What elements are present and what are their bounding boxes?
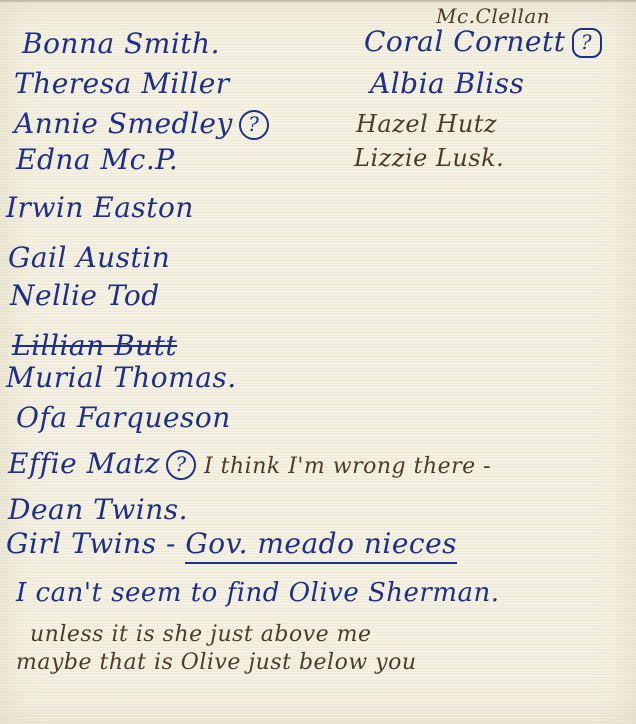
name-text: Murial Thomas. <box>6 361 237 394</box>
name-text: Albia Bliss <box>370 67 524 100</box>
above-note: Mc.Clellan <box>436 6 550 26</box>
inline-note: I think I'm wrong there - <box>204 454 491 479</box>
name-entry: Lillian Butt <box>12 332 177 360</box>
name-text: Gail Austin <box>8 241 170 274</box>
closing-line-3: maybe that is Olive just below you <box>16 652 417 674</box>
name-text: Annie Smedley <box>14 107 233 140</box>
name-text: Dean Twins. <box>8 493 188 526</box>
name-text: Irwin Easton <box>6 191 194 224</box>
name-text: Lizzie Lusk. <box>354 144 504 172</box>
name-entry: Edna Mc.P. <box>16 146 178 174</box>
name-entry: Coral Cornett? <box>364 28 602 58</box>
name-entry: Effie Matz?I think I'm wrong there - <box>8 450 491 480</box>
closing-text: I can't seem to find Olive Sherman. <box>16 578 500 608</box>
name-entry: Ofa Farqueson <box>16 404 231 432</box>
name-entry: Dean Twins. <box>8 496 188 524</box>
circled-question-icon: ? <box>239 110 269 140</box>
name-text: Effie Matz <box>8 447 160 480</box>
circled-question-icon: ? <box>166 450 196 480</box>
name-text: Bonna Smith <box>22 27 211 60</box>
name-entry: Irwin Easton <box>6 194 194 222</box>
name-text: Girl Twins - <box>6 527 176 560</box>
mark: . <box>211 27 220 60</box>
name-entry: Murial Thomas. <box>6 364 237 392</box>
name-suffix: Gov. meado nieces <box>185 527 457 564</box>
name-text: Lillian Butt <box>12 329 177 362</box>
name-text: Coral Cornett <box>364 25 566 58</box>
name-entry: Annie Smedley? <box>14 110 269 140</box>
name-text: Edna Mc.P. <box>16 143 178 176</box>
name-entry: Gail Austin <box>8 244 170 272</box>
closing-text: unless it is she just above me <box>30 622 372 647</box>
name-entry: Bonna Smith. <box>22 30 220 58</box>
name-entry: Hazel Hutz <box>356 112 497 136</box>
circled-question-icon: ? <box>572 28 602 58</box>
closing-line-2: unless it is she just above me <box>30 624 372 646</box>
name-entry: Nellie Tod <box>10 282 160 310</box>
closing-text: maybe that is Olive just below you <box>16 650 417 675</box>
name-entry: Lizzie Lusk. <box>354 146 504 170</box>
closing-line-1: I can't seem to find Olive Sherman. <box>16 580 500 606</box>
name-entry: Theresa Miller <box>14 70 230 98</box>
name-text: Theresa Miller <box>14 67 230 100</box>
name-entry: Girl Twins - Gov. meado nieces <box>6 530 457 558</box>
name-entry: Albia Bliss <box>370 70 524 98</box>
name-text: Nellie Tod <box>10 279 160 312</box>
name-text: Hazel Hutz <box>356 110 497 138</box>
name-text: Ofa Farqueson <box>16 401 231 434</box>
handwritten-page: Bonna Smith. Theresa Miller Annie Smedle… <box>0 0 636 724</box>
